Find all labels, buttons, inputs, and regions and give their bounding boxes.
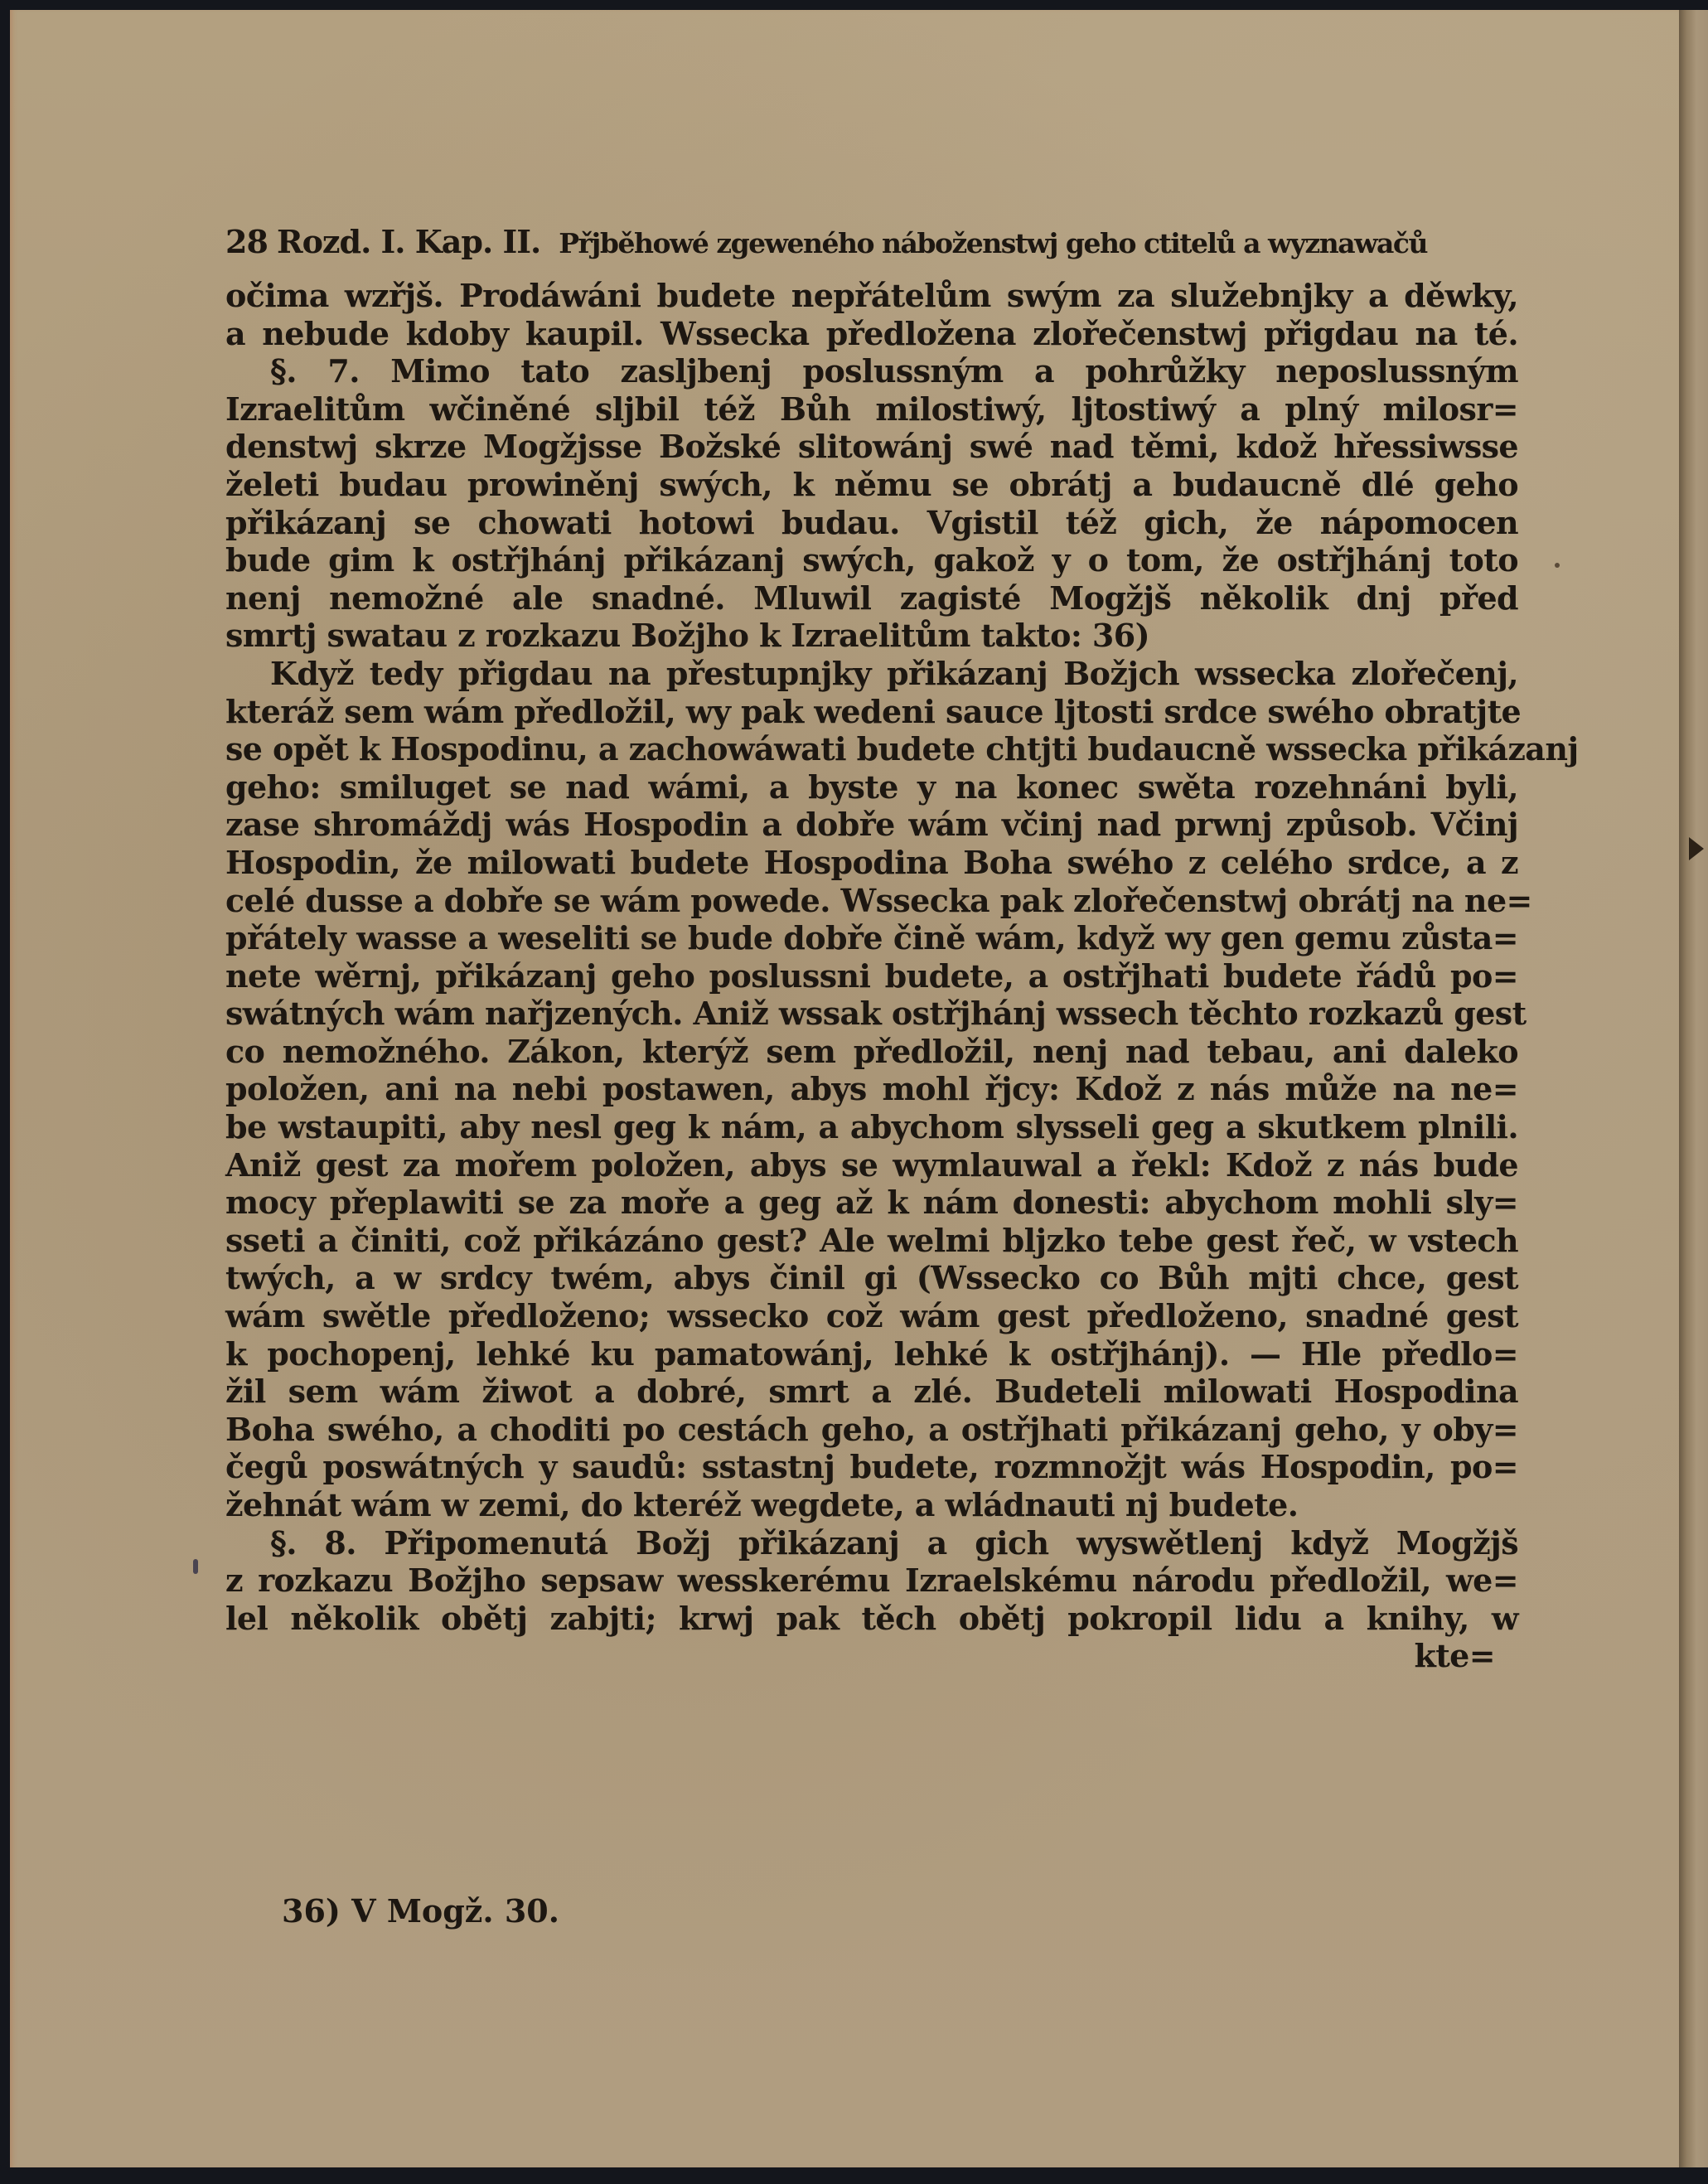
- text-line: swátných wám nařjzených. Aniž wssak ostř…: [225, 995, 1518, 1033]
- page-number: 28: [225, 217, 259, 267]
- text-line: a nebude kdoby kaupil. Wssecka předložen…: [225, 315, 1518, 353]
- text-line: be wstaupiti, aby nesl geg k nám, a abyc…: [225, 1108, 1518, 1146]
- text-line: nete wěrnj, přikázanj geho poslussni bud…: [225, 957, 1518, 995]
- footnote: 36) V Mogž. 30.: [282, 1892, 559, 1930]
- text-line: Hospodin, že milowati budete Hospodina B…: [225, 844, 1518, 882]
- text-line: co nemožného. Zákon, kterýž sem předloži…: [225, 1033, 1518, 1071]
- text-line: bude gim k ostřjhánj přikázanj swých, ga…: [225, 541, 1518, 579]
- text-line: čegů poswátných y saudů: sstastnj budete…: [225, 1448, 1518, 1486]
- text-line: Boha swého, a choditi po cestách geho, a…: [225, 1411, 1518, 1449]
- text-line: přikázanj se chowati hotowi budau. Vgist…: [225, 504, 1518, 542]
- text-line: geho: smiluget se nad wámi, a byste y na…: [225, 768, 1518, 806]
- book-spine-fold: [1679, 10, 1708, 2167]
- text-line: lel několik obětj zabjti; krwj pak těch …: [225, 1600, 1518, 1638]
- running-head: 28 Rozd. I. Kap. II. Přjběhowé zgeweného…: [225, 217, 1518, 277]
- paragraph-start: Když tedy přigdau na přestupnjky přikáza…: [225, 655, 1518, 693]
- text-line: žehnát wám w zemi, do kteréž wegdete, a …: [225, 1486, 1518, 1524]
- text-line: položen, ani na nebi postawen, abys mohl…: [225, 1070, 1518, 1108]
- catchword: kte=: [225, 1637, 1518, 1675]
- margin-ink-dot: [1555, 563, 1560, 568]
- text-line: k pochopenj, lehké ku pamatowánj, lehké …: [225, 1335, 1518, 1373]
- margin-arrow-mark: [1689, 837, 1704, 860]
- footnote-text: V Mogž. 30.: [351, 1892, 559, 1930]
- text-line: zase shromáždj wás Hospodin a dobře wám …: [225, 806, 1518, 844]
- text-line: se opět k Hospodinu, a zachowáwati budet…: [225, 730, 1518, 768]
- text-line: denstwj skrze Mogžjsse Božské slitowánj …: [225, 428, 1518, 466]
- body-text: očima wzřjš. Prodáwáni budete nepřátelům…: [225, 277, 1518, 1675]
- text-line: smrtj swatau z rozkazu Božjho k Izraelit…: [225, 617, 1518, 655]
- text-line: nenj nemožné ale snadné. Mluwil zagisté …: [225, 579, 1518, 617]
- running-title: Přjběhowé zgeweného náboženstwj geho cti…: [559, 219, 1427, 269]
- text-line: wám swětle předloženo; wssecko což wám g…: [225, 1297, 1518, 1335]
- text-line: z rozkazu Božjho sepsaw wesskerému Izrae…: [225, 1562, 1518, 1600]
- text-block: 28 Rozd. I. Kap. II. Přjběhowé zgeweného…: [225, 217, 1518, 1675]
- chapter-reference: Rozd. I. Kap. II.: [277, 217, 540, 267]
- text-line: Izraelitům wčiněné slјbil též Bůh milost…: [225, 390, 1518, 429]
- section-8-start: §. 8. Připomenutá Božj přikázanj a gich …: [225, 1524, 1518, 1562]
- text-line: Aniž gest za mořem položen, abys se wyml…: [225, 1146, 1518, 1184]
- text-line: očima wzřjš. Prodáwáni budete nepřátelům…: [225, 277, 1518, 315]
- text-line: twých, a w srdcy twém, abys činil gi (Ws…: [225, 1259, 1518, 1297]
- section-7-start: §. 7. Mimo tato zaslјbenj poslussným a p…: [225, 352, 1518, 390]
- text-line: kteráž sem wám předložil, wy pak wedeni …: [225, 693, 1518, 731]
- text-line: žil sem wám žiwot a dobré, smrt a zlé. B…: [225, 1373, 1518, 1411]
- text-line: želeti budau prowiněnj swých, k němu se …: [225, 466, 1518, 504]
- text-line: sseti a činiti, což přikázáno gest? Ale …: [225, 1222, 1518, 1260]
- text-line: přátely wasse a weseliti se bude dobře č…: [225, 919, 1518, 957]
- margin-ink-mark: [193, 1559, 198, 1574]
- text-line: mocy přeplawiti se za moře a geg až k ná…: [225, 1184, 1518, 1222]
- text-line: celé dusse a dobře se wám powede. Wsseck…: [225, 882, 1518, 920]
- footnote-marker: 36): [282, 1892, 341, 1930]
